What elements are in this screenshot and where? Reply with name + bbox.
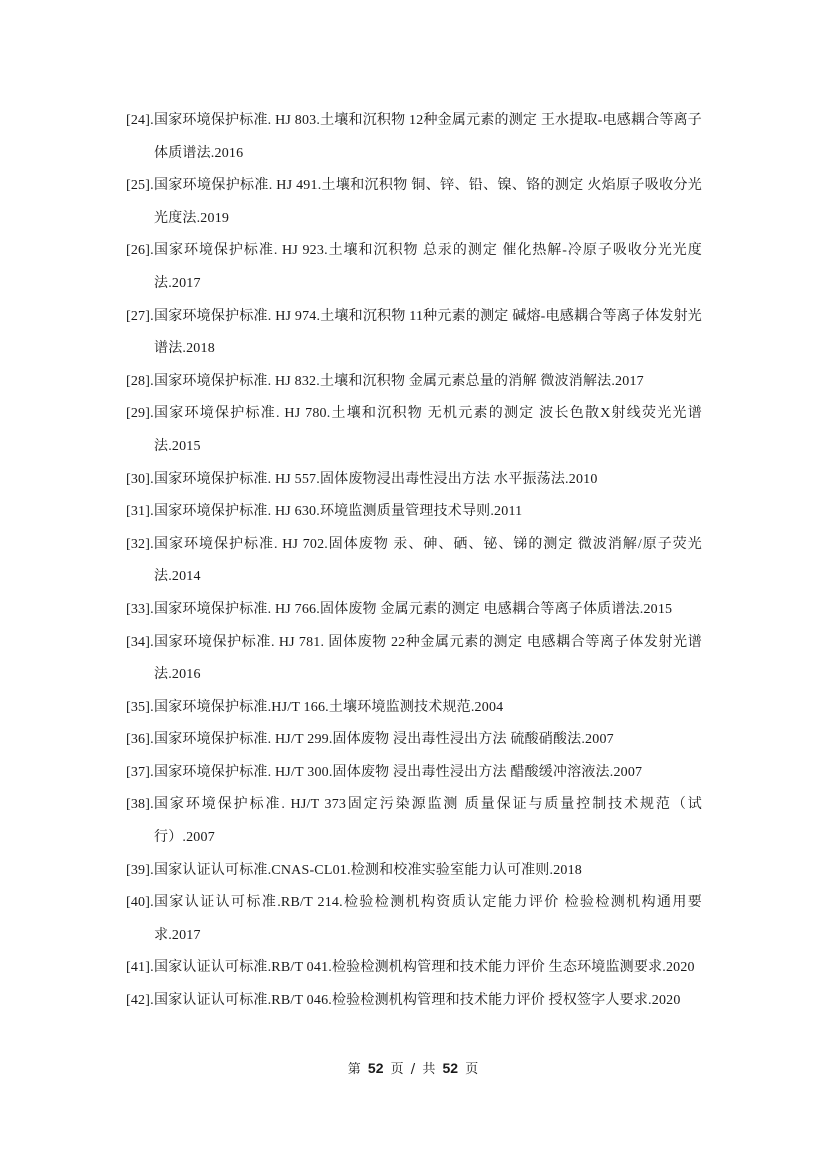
reference-number: [30]. <box>126 464 154 497</box>
page-footer: 第 52 页 / 共 52 页 <box>0 1058 826 1077</box>
reference-list: [24].国家环境保护标准. HJ 803.土壤和沉积物 12种金属元素的测定 … <box>126 105 702 1018</box>
reference-text: 国家环境保护标准. HJ 557.固体废物浸出毒性浸出方法 水平振荡法.2010 <box>154 472 598 487</box>
footer-total-prefix: 共 <box>422 1062 435 1077</box>
reference-number: [31]. <box>126 496 154 529</box>
reference-text: 国家环境保护标准. HJ/T 373固定污染源监测 质量保证与质量控制技术规范（… <box>154 797 702 845</box>
reference-item: [29].国家环境保护标准. HJ 780.土壤和沉积物 无机元素的测定 波长色… <box>126 398 702 463</box>
reference-text: 国家环境保护标准. HJ 923.土壤和沉积物 总汞的测定 催化热解-冷原子吸收… <box>154 243 702 291</box>
reference-item: [28].国家环境保护标准. HJ 832.土壤和沉积物 金属元素总量的消解 微… <box>126 366 702 399</box>
reference-number: [34]. <box>126 627 154 660</box>
reference-text: 国家认证认可标准.RB/T 046.检验检测机构管理和技术能力评价 授权签字人要… <box>154 993 681 1008</box>
reference-item: [32].国家环境保护标准. HJ 702.固体废物 汞、砷、硒、铋、锑的测定 … <box>126 529 702 594</box>
reference-item: [34].国家环境保护标准. HJ 781. 固体废物 22种金属元素的测定 电… <box>126 627 702 692</box>
reference-number: [37]. <box>126 757 154 790</box>
reference-item: [27].国家环境保护标准. HJ 974.土壤和沉积物 11种元素的测定 碱熔… <box>126 301 702 366</box>
footer-page-word: 页 <box>391 1062 404 1077</box>
reference-item: [36].国家环境保护标准. HJ/T 299.固体废物 浸出毒性浸出方法 硫酸… <box>126 724 702 757</box>
reference-number: [25]. <box>126 170 154 203</box>
reference-item: [33].国家环境保护标准. HJ 766.固体废物 金属元素的测定 电感耦合等… <box>126 594 702 627</box>
current-page-number: 52 <box>368 1060 384 1076</box>
reference-number: [36]. <box>126 724 154 757</box>
reference-number: [33]. <box>126 594 154 627</box>
footer-separator: / <box>411 1062 415 1077</box>
total-page-number: 52 <box>442 1060 458 1076</box>
reference-item: [24].国家环境保护标准. HJ 803.土壤和沉积物 12种金属元素的测定 … <box>126 105 702 170</box>
footer-total-word: 页 <box>465 1062 478 1077</box>
reference-text: 国家环境保护标准. HJ 491.土壤和沉积物 铜、锌、铅、镍、铬的测定 火焰原… <box>154 178 702 226</box>
reference-text: 国家环境保护标准. HJ 832.土壤和沉积物 金属元素总量的消解 微波消解法.… <box>154 374 644 389</box>
reference-text: 国家环境保护标准. HJ/T 300.固体废物 浸出毒性浸出方法 醋酸缓冲溶液法… <box>154 765 642 780</box>
reference-number: [26]. <box>126 235 154 268</box>
reference-item: [39].国家认证认可标准.CNAS-CL01.检测和校准实验室能力认可准则.2… <box>126 855 702 888</box>
reference-text: 国家环境保护标准. HJ 630.环境监测质量管理技术导则.2011 <box>154 504 522 519</box>
reference-number: [35]. <box>126 692 154 725</box>
reference-item: [40].国家认证认可标准.RB/T 214.检验检测机构资质认定能力评价 检验… <box>126 887 702 952</box>
reference-number: [28]. <box>126 366 154 399</box>
reference-item: [35].国家环境保护标准.HJ/T 166.土壤环境监测技术规范.2004 <box>126 692 702 725</box>
reference-item: [25].国家环境保护标准. HJ 491.土壤和沉积物 铜、锌、铅、镍、铬的测… <box>126 170 702 235</box>
reference-item: [26].国家环境保护标准. HJ 923.土壤和沉积物 总汞的测定 催化热解-… <box>126 235 702 300</box>
footer-prefix: 第 <box>348 1062 361 1077</box>
reference-number: [24]. <box>126 105 154 138</box>
reference-number: [29]. <box>126 398 154 431</box>
reference-item: [42].国家认证认可标准.RB/T 046.检验检测机构管理和技术能力评价 授… <box>126 985 702 1018</box>
reference-text: 国家环境保护标准.HJ/T 166.土壤环境监测技术规范.2004 <box>154 700 503 715</box>
reference-number: [41]. <box>126 952 154 985</box>
reference-number: [40]. <box>126 887 154 920</box>
document-page: [24].国家环境保护标准. HJ 803.土壤和沉积物 12种金属元素的测定 … <box>0 0 826 1169</box>
reference-text: 国家环境保护标准. HJ/T 299.固体废物 浸出毒性浸出方法 硫酸硝酸法.2… <box>154 732 614 747</box>
reference-text: 国家环境保护标准. HJ 766.固体废物 金属元素的测定 电感耦合等离子体质谱… <box>154 602 672 617</box>
reference-number: [42]. <box>126 985 154 1018</box>
reference-item: [37].国家环境保护标准. HJ/T 300.固体废物 浸出毒性浸出方法 醋酸… <box>126 757 702 790</box>
reference-item: [30].国家环境保护标准. HJ 557.固体废物浸出毒性浸出方法 水平振荡法… <box>126 464 702 497</box>
reference-text: 国家环境保护标准. HJ 974.土壤和沉积物 11种元素的测定 碱熔-电感耦合… <box>154 309 702 357</box>
reference-text: 国家环境保护标准. HJ 702.固体废物 汞、砷、硒、铋、锑的测定 微波消解/… <box>154 537 702 585</box>
reference-text: 国家环境保护标准. HJ 781. 固体废物 22种金属元素的测定 电感耦合等离… <box>154 635 702 683</box>
reference-text: 国家环境保护标准. HJ 803.土壤和沉积物 12种金属元素的测定 王水提取-… <box>154 113 702 161</box>
reference-number: [38]. <box>126 789 154 822</box>
reference-text: 国家认证认可标准.RB/T 041.检验检测机构管理和技术能力评价 生态环境监测… <box>154 960 695 975</box>
reference-number: [32]. <box>126 529 154 562</box>
reference-text: 国家环境保护标准. HJ 780.土壤和沉积物 无机元素的测定 波长色散X射线荧… <box>154 406 702 454</box>
reference-item: [41].国家认证认可标准.RB/T 041.检验检测机构管理和技术能力评价 生… <box>126 952 702 985</box>
reference-number: [27]. <box>126 301 154 334</box>
reference-number: [39]. <box>126 855 154 888</box>
reference-item: [38].国家环境保护标准. HJ/T 373固定污染源监测 质量保证与质量控制… <box>126 789 702 854</box>
reference-text: 国家认证认可标准.RB/T 214.检验检测机构资质认定能力评价 检验检测机构通… <box>154 895 702 943</box>
reference-text: 国家认证认可标准.CNAS-CL01.检测和校准实验室能力认可准则.2018 <box>154 863 582 878</box>
reference-item: [31].国家环境保护标准. HJ 630.环境监测质量管理技术导则.2011 <box>126 496 702 529</box>
